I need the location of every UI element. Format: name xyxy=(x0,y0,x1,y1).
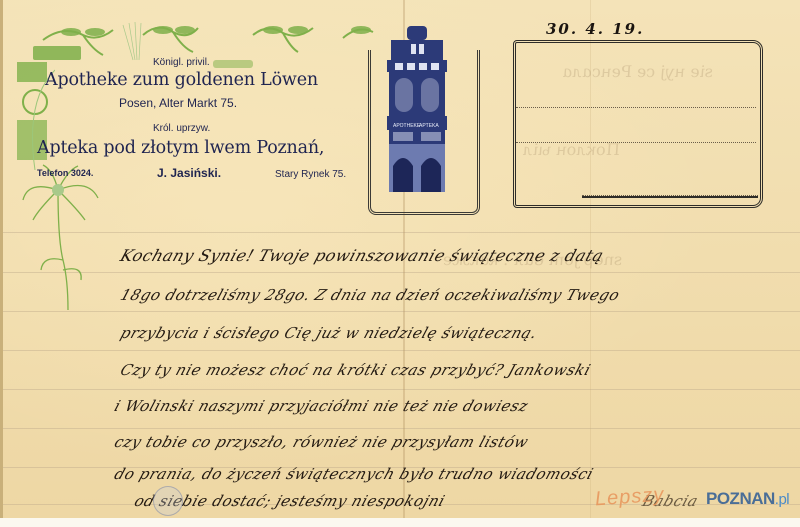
ruling-line xyxy=(3,232,800,233)
letter-page: ѕіе нуј се Ренсала Поклон ыіл ѕпер јот в… xyxy=(0,0,800,518)
letter-line: do prania, do życzeń świątecznych było t… xyxy=(112,465,596,483)
letterhead-polish-name: Apteka pod złotym lwem Poznań, xyxy=(37,138,324,158)
letter-line: Kochany Synie! Twoje powinszowanie świąt… xyxy=(118,246,606,265)
letterhead-polish-address: Stary Rynek 75. xyxy=(275,169,346,180)
ruling-line xyxy=(3,350,800,351)
letter-line: i Wolinski naszymi przyjaciółmi nie też … xyxy=(112,397,531,415)
poznan-pl-logo[interactable]: POZNAN.pl xyxy=(706,489,789,509)
address-line xyxy=(516,107,756,108)
library-stamp-icon xyxy=(153,486,183,516)
svg-text:APTEKA: APTEKA xyxy=(419,123,439,129)
letter-date: 30. 4. 19. xyxy=(546,20,644,38)
letterhead-phone: Telefon 3024. xyxy=(37,168,93,178)
letterhead-owner: J. Jasiński. xyxy=(157,166,221,180)
ruling-line xyxy=(3,272,800,273)
logo-main-text: POZNAN xyxy=(706,489,775,508)
letterhead-german-privilege: Königl. privil. xyxy=(153,57,210,68)
ruling-line xyxy=(3,389,800,390)
scan-margin xyxy=(0,518,800,527)
ruling-line xyxy=(3,428,800,429)
letterhead-german-name: Apotheke zum goldenen Löwen xyxy=(45,70,318,90)
address-box xyxy=(513,40,763,208)
letter-line: czy tobie co przyszło, również nie przys… xyxy=(112,433,531,451)
pharmacy-building-icon: APOTHEKE APTEKA xyxy=(383,26,451,196)
letterhead-german-address: Posen, Alter Markt 75. xyxy=(119,96,237,110)
letter-line: Czy ty nie możesz choć na krótki czas pr… xyxy=(118,361,593,379)
letterhead-polish-privilege: Król. uprzyw. xyxy=(153,123,210,134)
logo-tld-text: .pl xyxy=(775,491,789,508)
letter-line: 18go dotrzeliśmy 28go. Z dnia na dzień o… xyxy=(118,286,622,304)
letter-line: przybycia i ścisłego Cię już w niedzielę… xyxy=(118,324,540,342)
address-line xyxy=(516,142,756,143)
watermark-handwritten: Lepszy xyxy=(594,484,665,512)
address-line xyxy=(582,195,758,198)
svg-text:APOTHEKE: APOTHEKE xyxy=(393,123,421,129)
ruling-line xyxy=(3,311,800,312)
flower-ornament-icon xyxy=(13,160,103,320)
